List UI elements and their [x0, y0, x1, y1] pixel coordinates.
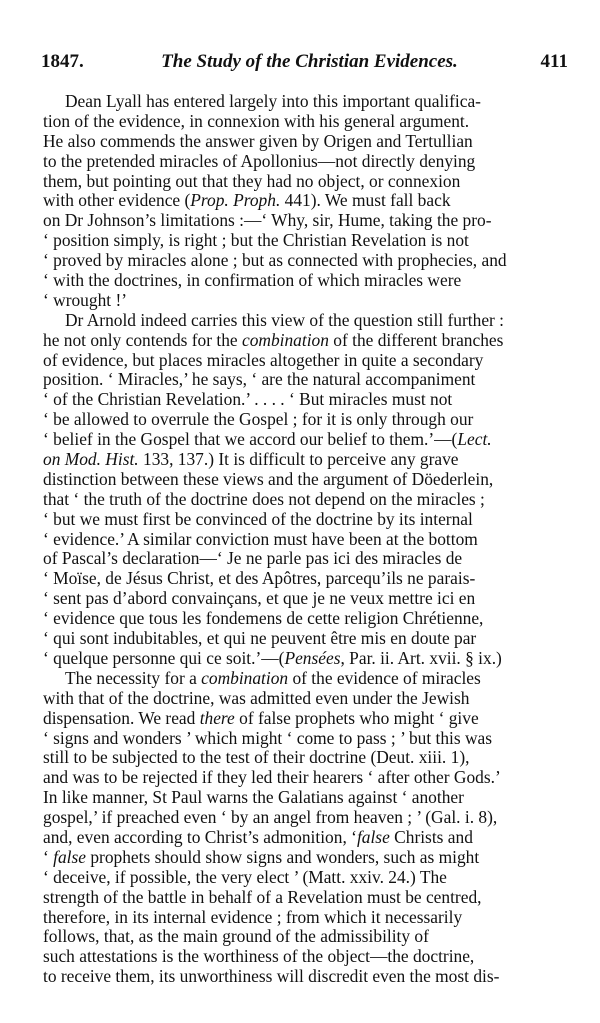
line-text: with that of the doctrine, was admitted … — [43, 689, 469, 708]
line-text: them, but pointing out that they had no … — [43, 172, 460, 191]
text-line: of Pascal’s declaration—‘ Je ne parle pa… — [43, 549, 567, 569]
italic-citation: Lect. — [457, 430, 491, 449]
line-text: 133, 137.) It is difficult to perceive a… — [139, 450, 459, 469]
line-text: ‘ Moïse, de Jésus Christ, et des Apôtres… — [43, 569, 475, 588]
line-text: such attestations is the worthiness of t… — [43, 947, 474, 966]
text-line: gospel,’ if preached even ‘ by an angel … — [43, 808, 567, 828]
line-text: with other evidence ( — [43, 191, 190, 210]
line-text: distinction between these views and the … — [43, 470, 493, 489]
line-text: ‘ sent pas d’abord convainçans, et que j… — [43, 589, 475, 608]
line-text: Dr Arnold indeed carries this view of th… — [65, 311, 504, 330]
page-number: 411 — [541, 50, 568, 74]
text-line: The necessity for a combination of the e… — [43, 669, 567, 689]
line-text: that ‘ the truth of the doctrine does no… — [43, 490, 485, 509]
text-line: ‘ qui sont indubitables, et qui ne peuve… — [43, 629, 567, 649]
text-line: ‘ sent pas d’abord convainçans, et que j… — [43, 589, 567, 609]
line-text: ‘ wrought !’ — [43, 291, 127, 310]
book-page: 1847. The Study of the Christian Evidenc… — [0, 0, 600, 1023]
text-line: strength of the battle in behalf of a Re… — [43, 888, 567, 908]
text-line: ‘ but we must first be convinced of the … — [43, 510, 567, 530]
running-head: 1847. The Study of the Christian Evidenc… — [41, 50, 568, 74]
text-line: ‘ false prophets should show signs and w… — [43, 848, 567, 868]
line-text: to receive them, its unworthiness will d… — [43, 967, 499, 986]
text-line: with that of the doctrine, was admitted … — [43, 689, 567, 709]
text-line: ‘ wrought !’ — [43, 291, 567, 311]
line-text: therefore, in its internal evidence ; fr… — [43, 908, 462, 927]
text-line: dispensation. We read there of false pro… — [43, 709, 567, 729]
text-line: ‘ proved by miracles alone ; but as conn… — [43, 251, 567, 271]
line-text: ‘ evidence.’ A similar conviction must h… — [43, 530, 478, 549]
line-text: ‘ qui sont indubitables, et qui ne peuve… — [43, 629, 476, 648]
text-line: ‘ with the doctrines, in confirmation of… — [43, 271, 567, 291]
text-line: to the pretended miracles of Apollonius—… — [43, 152, 567, 172]
line-text: and was to be rejected if they led their… — [43, 768, 501, 787]
line-text: ‘ with the doctrines, in confirmation of… — [43, 271, 461, 290]
text-line: Dr Arnold indeed carries this view of th… — [43, 311, 567, 331]
text-line: He also commends the answer given by Ori… — [43, 132, 567, 152]
text-line: on Mod. Hist. 133, 137.) It is difficult… — [43, 450, 567, 470]
line-text: Christs and — [390, 828, 473, 847]
italic-citation: combination — [201, 669, 288, 688]
text-line: ‘ be allowed to overrule the Gospel ; fo… — [43, 410, 567, 430]
text-line: Dean Lyall has entered largely into this… — [43, 92, 567, 112]
italic-citation: on Mod. Hist. — [43, 450, 139, 469]
text-line: and was to be rejected if they led their… — [43, 768, 567, 788]
text-line: still to be subjected to the test of the… — [43, 748, 567, 768]
text-line: ‘ quelque personne qui ce soit.’—(Pensée… — [43, 649, 567, 669]
line-text: position. ‘ Miracles,’ he says, ‘ are th… — [43, 370, 475, 389]
line-text: on Dr Johnson’s limitations :—‘ Why, sir… — [43, 211, 492, 230]
text-line: ‘ signs and wonders ’ which might ‘ come… — [43, 729, 567, 749]
text-line: follows, that, as the main ground of the… — [43, 927, 567, 947]
line-text: still to be subjected to the test of the… — [43, 748, 469, 767]
line-text: he not only contends for the — [43, 331, 242, 350]
line-text: tion of the evidence, in connexion with … — [43, 112, 469, 131]
italic-citation: combination — [242, 331, 329, 350]
text-line: of evidence, but places miracles altoget… — [43, 351, 567, 371]
text-line: ‘ belief in the Gospel that we accord ou… — [43, 430, 567, 450]
line-text: The necessity for a — [65, 669, 201, 688]
line-text: ‘ but we must first be convinced of the … — [43, 510, 473, 529]
line-text: ‘ of the Christian Revelation.’ . . . . … — [43, 390, 452, 409]
line-text: ‘ belief in the Gospel that we accord ou… — [43, 430, 457, 449]
text-line: therefore, in its internal evidence ; fr… — [43, 908, 567, 928]
line-text: ‘ deceive, if possible, the very elect ’… — [43, 868, 447, 887]
text-line: ‘ deceive, if possible, the very elect ’… — [43, 868, 567, 888]
text-line: to receive them, its unworthiness will d… — [43, 967, 567, 987]
text-line: with other evidence (Prop. Proph. 441). … — [43, 191, 567, 211]
line-text: ‘ evidence que tous les fondemens de cet… — [43, 609, 483, 628]
text-line: on Dr Johnson’s limitations :—‘ Why, sir… — [43, 211, 567, 231]
line-text: ‘ quelque personne qui ce soit.’—( — [43, 649, 284, 668]
line-text: to the pretended miracles of Apollonius—… — [43, 152, 475, 171]
italic-citation: there — [200, 709, 235, 728]
text-line: such attestations is the worthiness of t… — [43, 947, 567, 967]
body-text: Dean Lyall has entered largely into this… — [43, 92, 567, 987]
text-line: tion of the evidence, in connexion with … — [43, 112, 567, 132]
text-line: ‘ Moïse, de Jésus Christ, et des Apôtres… — [43, 569, 567, 589]
line-text: Dean Lyall has entered largely into this… — [65, 92, 481, 111]
line-text: of the evidence of miracles — [288, 669, 481, 688]
text-line: ‘ position simply, is right ; but the Ch… — [43, 231, 567, 251]
line-text: ‘ proved by miracles alone ; but as conn… — [43, 251, 507, 270]
line-text: gospel,’ if preached even ‘ by an angel … — [43, 808, 497, 827]
text-line: ‘ of the Christian Revelation.’ . . . . … — [43, 390, 567, 410]
line-text: and, even according to Christ’s admoniti… — [43, 828, 357, 847]
text-line: them, but pointing out that they had no … — [43, 172, 567, 192]
running-head-title: The Study of the Christian Evidences. — [41, 50, 568, 74]
italic-citation: Pensées — [284, 649, 340, 668]
line-text: , Par. ii. Art. xvii. § ix.) — [340, 649, 501, 668]
text-line: distinction between these views and the … — [43, 470, 567, 490]
italic-citation: Prop. Proph. — [190, 191, 280, 210]
text-line: ‘ evidence que tous les fondemens de cet… — [43, 609, 567, 629]
line-text: ‘ position simply, is right ; but the Ch… — [43, 231, 469, 250]
line-text: follows, that, as the main ground of the… — [43, 927, 429, 946]
line-text: In like manner, St Paul warns the Galati… — [43, 788, 464, 807]
line-text: of Pascal’s declaration—‘ Je ne parle pa… — [43, 549, 462, 568]
line-text: 441). We must fall back — [280, 191, 450, 210]
text-line: ‘ evidence.’ A similar conviction must h… — [43, 530, 567, 550]
text-line: and, even according to Christ’s admoniti… — [43, 828, 567, 848]
text-line: he not only contends for the combination… — [43, 331, 567, 351]
line-text: of the different branches — [329, 331, 503, 350]
line-text: He also commends the answer given by Ori… — [43, 132, 473, 151]
line-text: prophets should show signs and wonders, … — [86, 848, 479, 867]
line-text: ‘ — [43, 848, 53, 867]
line-text: of false prophets who might ‘ give — [235, 709, 479, 728]
line-text: strength of the battle in behalf of a Re… — [43, 888, 482, 907]
italic-citation: false — [357, 828, 390, 847]
line-text: ‘ signs and wonders ’ which might ‘ come… — [43, 729, 492, 748]
text-line: that ‘ the truth of the doctrine does no… — [43, 490, 567, 510]
line-text: ‘ be allowed to overrule the Gospel ; fo… — [43, 410, 473, 429]
text-line: In like manner, St Paul warns the Galati… — [43, 788, 567, 808]
italic-citation: false — [53, 848, 86, 867]
line-text: of evidence, but places miracles altoget… — [43, 351, 483, 370]
line-text: dispensation. We read — [43, 709, 200, 728]
text-line: position. ‘ Miracles,’ he says, ‘ are th… — [43, 370, 567, 390]
